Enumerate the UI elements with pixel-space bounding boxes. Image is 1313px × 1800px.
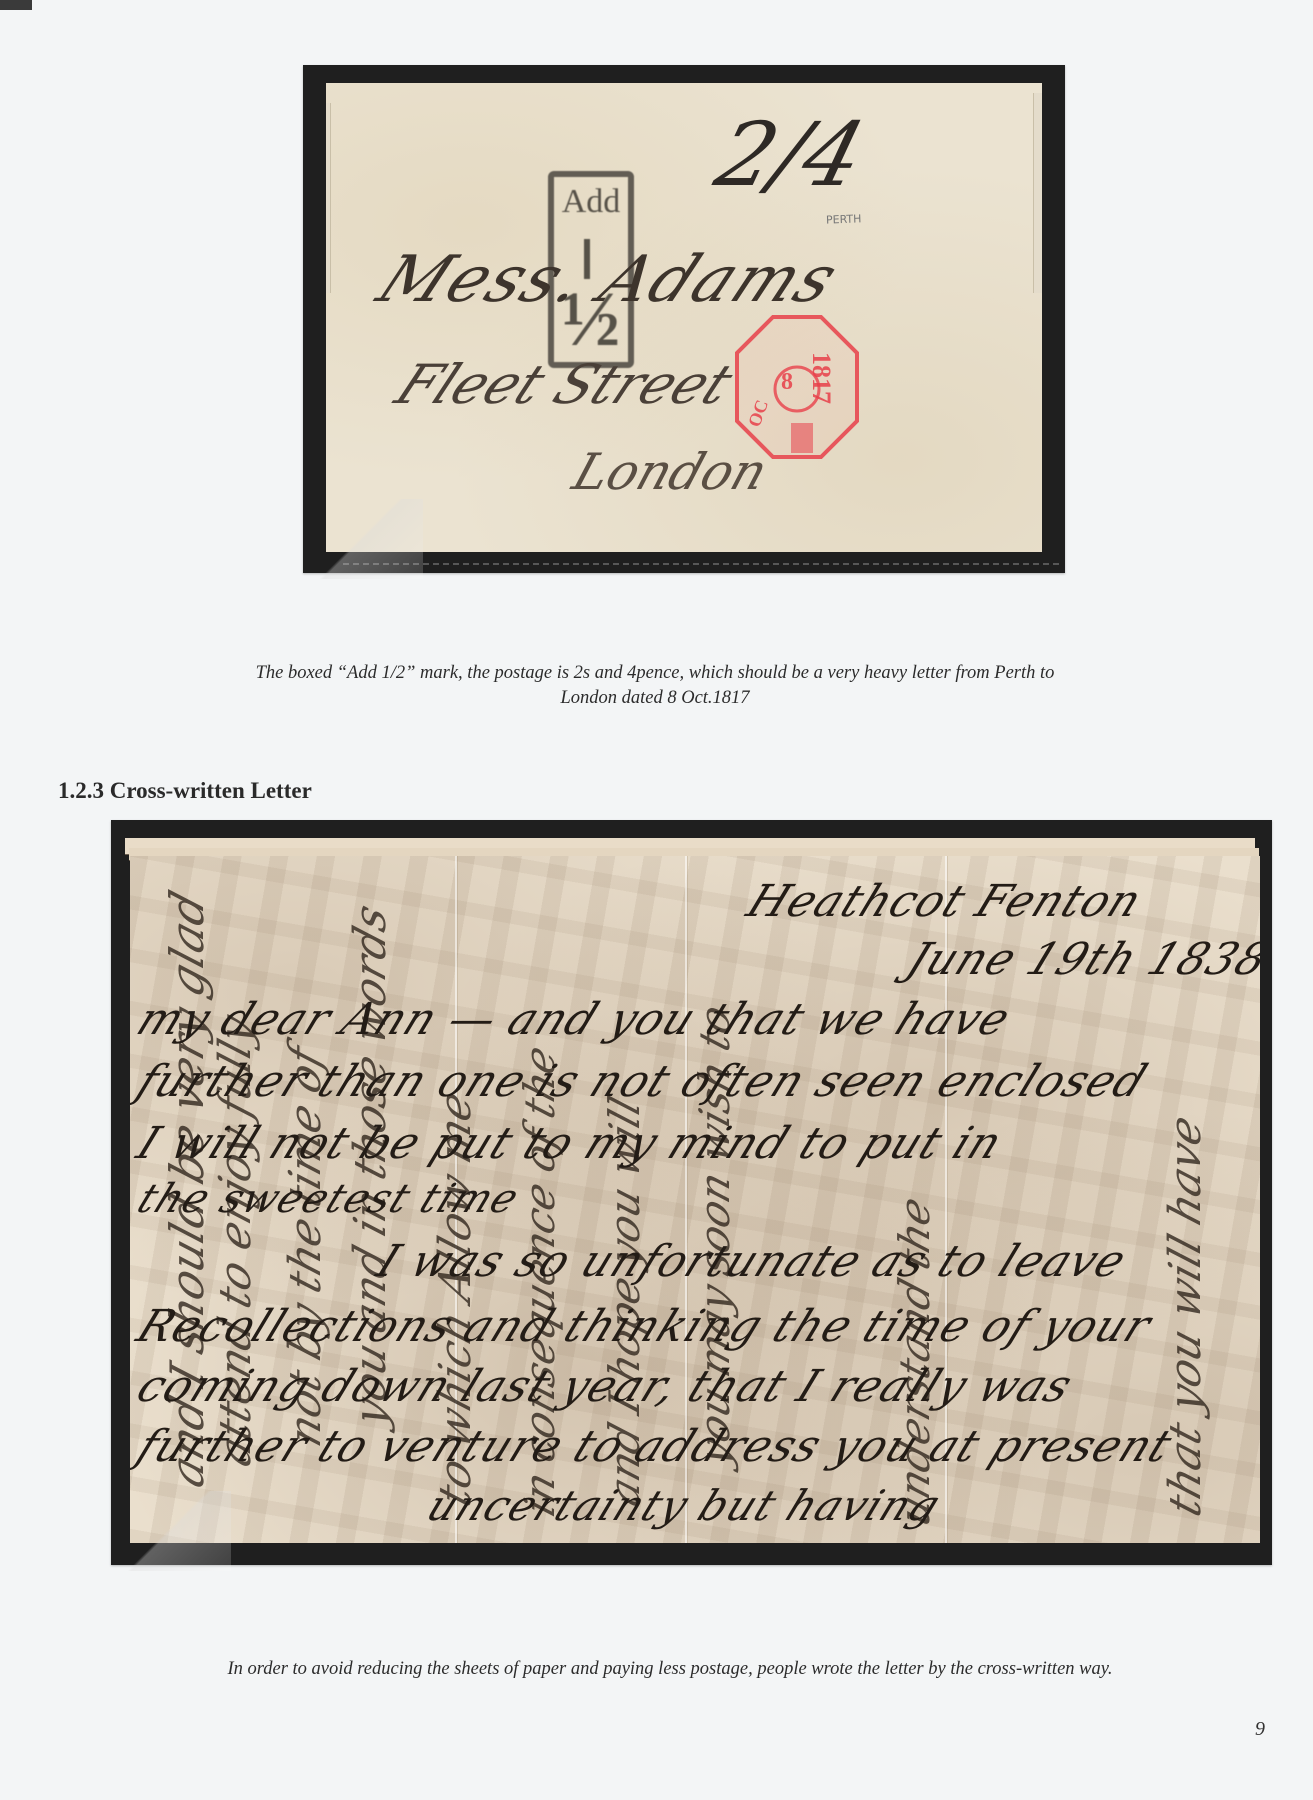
pencil-origin-note: PERTH bbox=[826, 212, 862, 226]
page-number: 9 bbox=[1255, 1718, 1265, 1741]
scan-corner-mark bbox=[0, 0, 32, 10]
horizontal-handwriting-line: Recollections and thinking the time of y… bbox=[130, 1301, 1159, 1352]
horizontal-handwriting-line: uncertainty but having bbox=[420, 1481, 948, 1530]
folded-letter-cover: Add ½ 2/4 PERTH Mess. Adams Fleet Street… bbox=[326, 83, 1042, 552]
mount-perforation-edge bbox=[343, 563, 1059, 565]
letter-header-date: June 19th 1838. bbox=[900, 934, 1260, 985]
letter-header-place: Heathcot Fenton bbox=[740, 876, 1150, 927]
red-octagonal-date-stamp: 8 1817 OC bbox=[733, 313, 861, 461]
horizontal-handwriting-line: I will not be put to my mind to put in bbox=[130, 1118, 1010, 1169]
album-mount-letter: and I should be very glad attend to enjo… bbox=[111, 820, 1272, 1565]
address-line-1: Mess. Adams bbox=[366, 243, 851, 317]
paper-fold-right bbox=[1033, 93, 1042, 293]
boxed-mark-top-text: Add bbox=[554, 183, 628, 221]
horizontal-handwriting-line: coming down last year, that I really was bbox=[130, 1361, 1080, 1412]
cover-caption: The boxed “Add 1/2” mark, the postage is… bbox=[250, 661, 1060, 711]
address-line-2: Fleet Street bbox=[386, 353, 743, 416]
horizontal-handwriting-line: further to venture to address you at pre… bbox=[130, 1421, 1180, 1472]
album-mount-cover: Add ½ 2/4 PERTH Mess. Adams Fleet Street… bbox=[303, 65, 1065, 573]
paper-fold-left bbox=[326, 103, 331, 293]
section-heading: 1.2.3 Cross-written Letter bbox=[58, 778, 312, 804]
vertical-handwriting-line: that you will have bbox=[1160, 1109, 1211, 1523]
horizontal-handwriting-line: further than one is not often seen enclo… bbox=[130, 1056, 1155, 1107]
stamp-day: 8 bbox=[781, 369, 793, 396]
cross-written-letter: and I should be very glad attend to enjo… bbox=[130, 856, 1260, 1543]
octagon-stamp-icon bbox=[733, 313, 861, 461]
horizontal-handwriting-line: I was so unfortunate as to leave bbox=[370, 1236, 1134, 1287]
letter-caption: In order to avoid reducing the sheets of… bbox=[100, 1657, 1240, 1681]
horizontal-handwriting-line: the sweetest time bbox=[131, 1176, 526, 1222]
stamp-year: 1817 bbox=[806, 352, 836, 404]
horizontal-handwriting-line: my dear Ann — and you that we have bbox=[130, 994, 1018, 1045]
postage-rate-manuscript: 2/4 bbox=[706, 103, 875, 206]
